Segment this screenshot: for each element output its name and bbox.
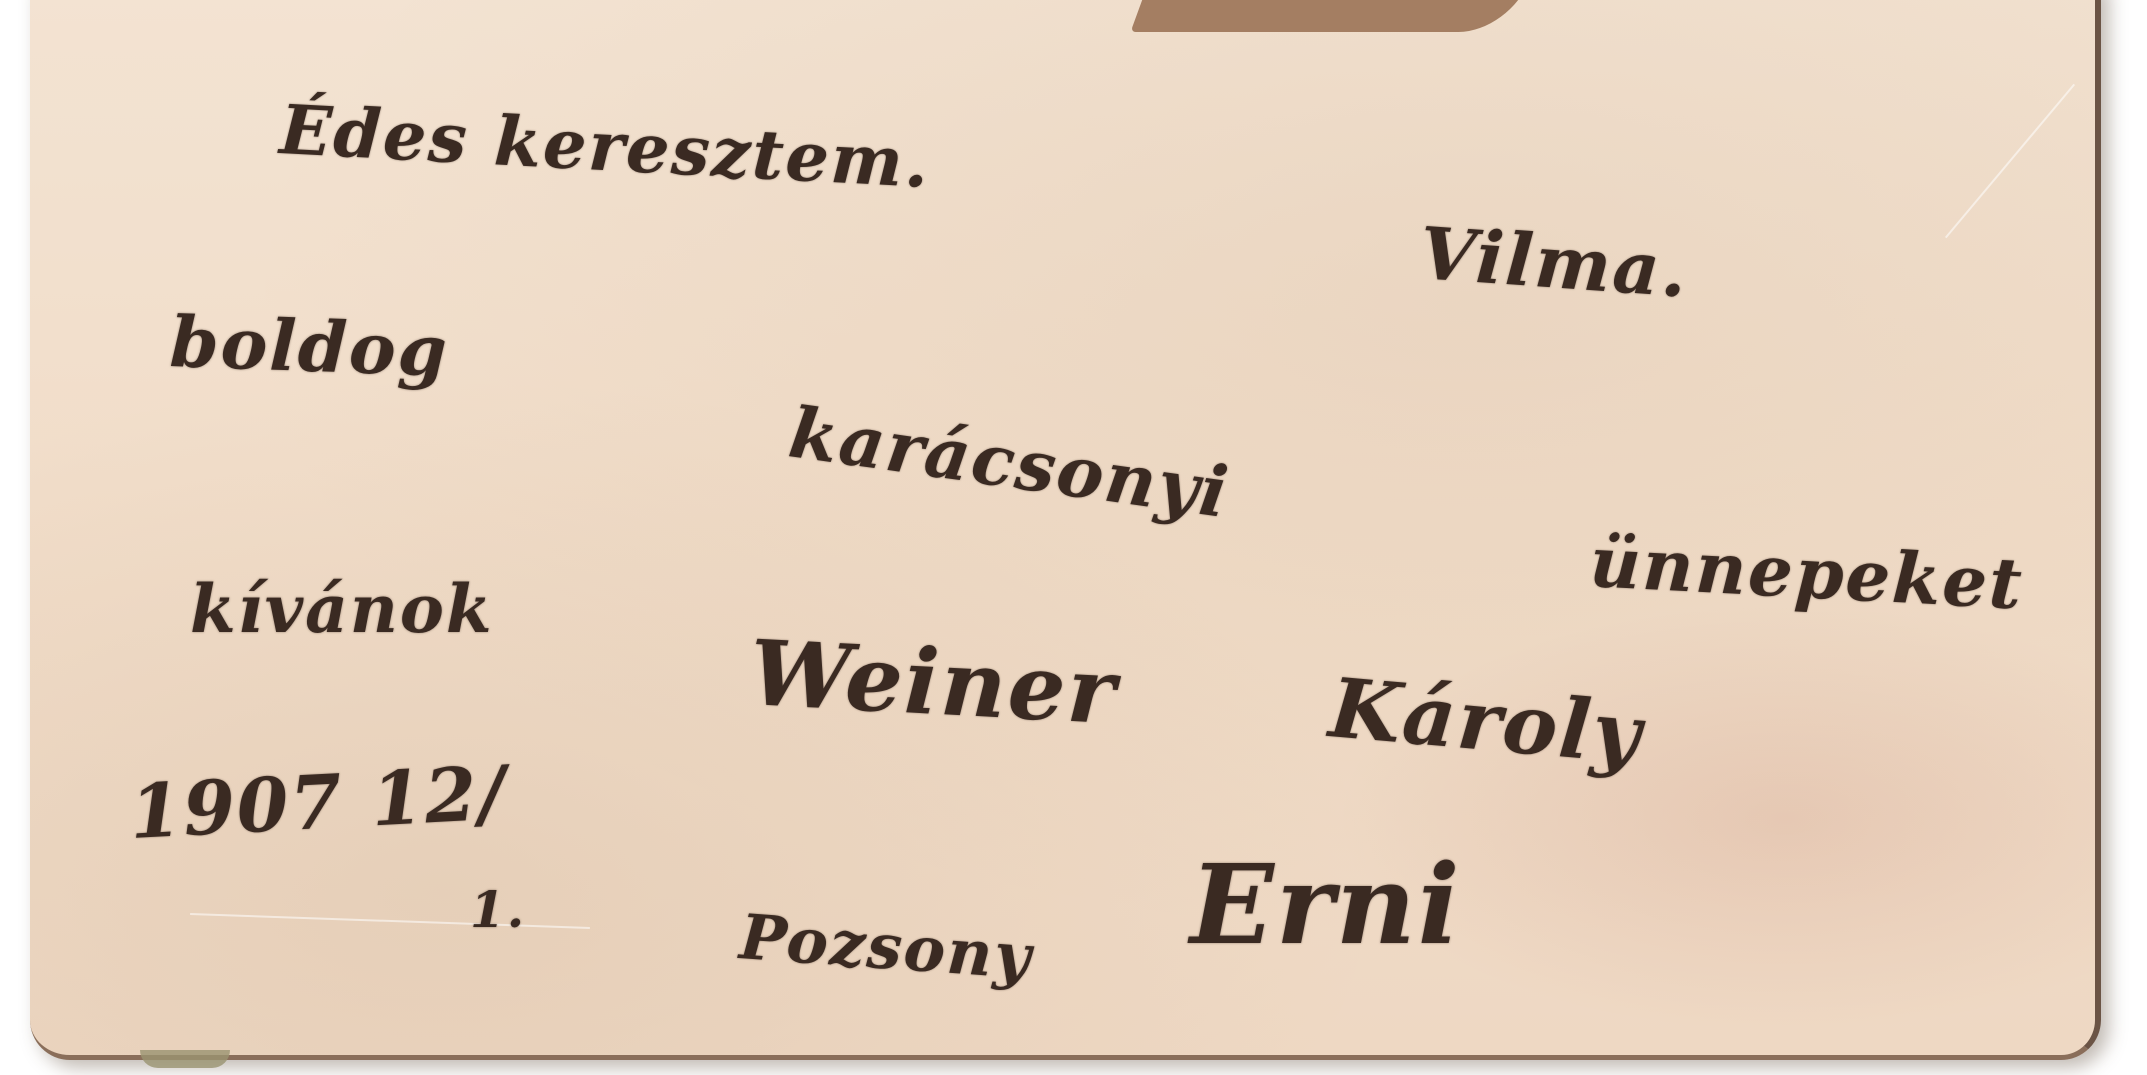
photo-edge-shadow	[1131, 0, 1530, 32]
place-text: Pozsony	[737, 900, 1034, 993]
date-text: 1907 12/	[128, 750, 510, 856]
wish-verb: kívánok	[190, 570, 494, 648]
wish-word-3: ünnepeket	[1588, 520, 2026, 626]
date-day: 1.	[470, 880, 526, 939]
wish-word-1: boldog	[169, 300, 451, 393]
crease-line	[1945, 84, 2075, 238]
crease-line	[190, 913, 590, 929]
signature: Erni	[1190, 840, 1462, 969]
greeting-text: Édes keresztem.	[278, 90, 933, 204]
sender-name-second: Károly	[1326, 660, 1646, 783]
recipient-name: Vilma.	[1417, 210, 1691, 314]
postcard-back: Édes keresztem. Vilma. boldog karácsonyi…	[30, 0, 2101, 1060]
sender-name-first: Weiner	[747, 620, 1119, 745]
paper-tab	[140, 1050, 230, 1068]
wish-word-2: karácsonyi	[784, 390, 1234, 534]
